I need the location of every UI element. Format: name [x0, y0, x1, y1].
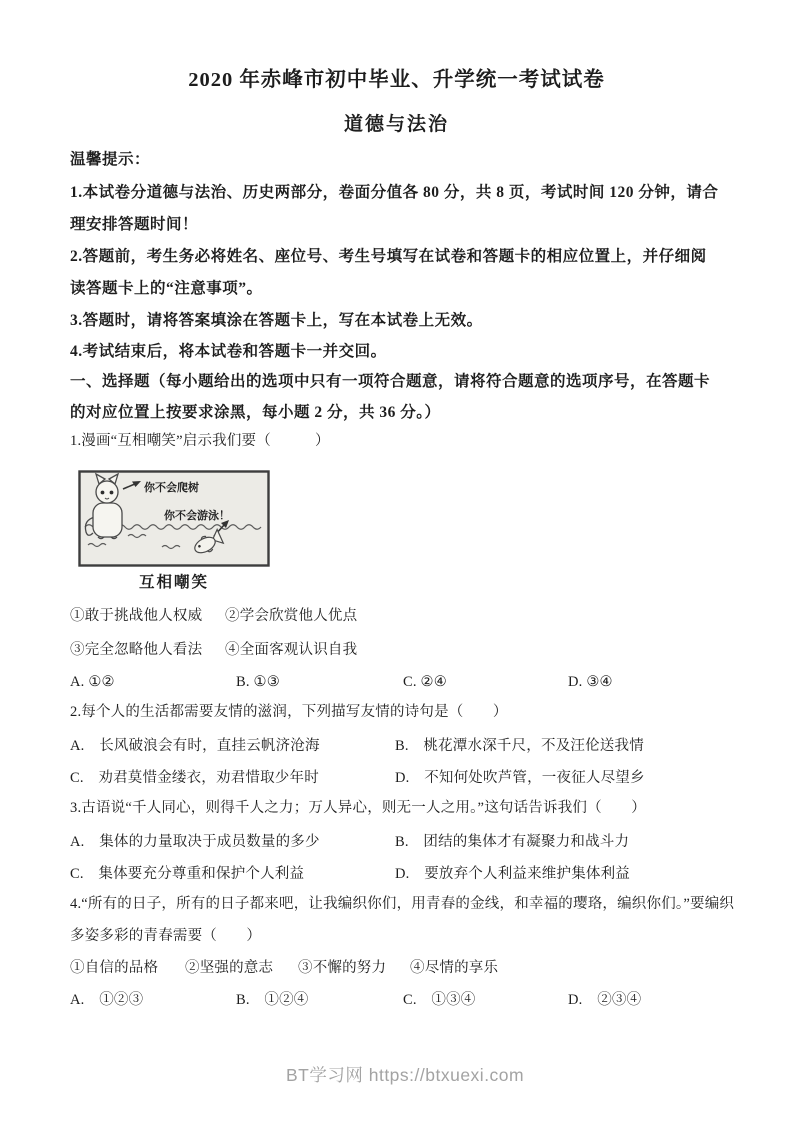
notice-item-2-line-2: 读答题卡上的“注意事项”。 — [70, 278, 263, 299]
cat-speech-text: 你不会爬树 — [144, 480, 199, 494]
question-4-choice-c: C. ①③④ — [403, 990, 476, 1011]
question-3-choice-d: D. 要放弃个人利益来维护集体利益 — [395, 864, 630, 885]
page-subtitle: 道德与法治 — [0, 109, 793, 136]
question-2-choices-row-1: A. 长风破浪会有时，直挂云帆济沧海 B. 桃花潭水深千尺，不及汪伦送我情 — [0, 736, 793, 757]
question-4-option-4: ④尽情的享乐 — [410, 958, 498, 979]
question-4-options-row: ①自信的品格 ②坚强的意志 ③不懈的努力 ④尽情的享乐 — [0, 958, 793, 979]
notice-heading: 温馨提示： — [70, 149, 150, 170]
question-1-cartoon: 你不会爬树 你不会游泳！ — [78, 470, 270, 567]
question-4-stem-line-1: 4.“所有的日子，所有的日子都来吧，让我编织你们，用青春的金线，和幸福的璎珞，编… — [70, 894, 734, 915]
question-1-option-3: ③完全忽略他人看法 — [70, 640, 202, 661]
question-1-option-1: ①敢于挑战他人权威 — [70, 606, 202, 627]
section-heading-line-1: 一、选择题（每小题给出的选项中只有一项符合题意，请将符合题意的选项序号，在答题卡 — [70, 371, 710, 392]
question-3-choices-row-2: C. 集体要充分尊重和保护个人利益 D. 要放弃个人利益来维护集体利益 — [0, 864, 793, 885]
question-3-choice-a: A. 集体的力量取决于成员数量的多少 — [70, 832, 320, 853]
question-4-option-3: ③不懈的努力 — [298, 958, 386, 979]
question-1-choices: A. ①② B. ①③ C. ②④ D. ③④ — [0, 672, 793, 693]
cartoon-caption: 互相嘲笑 — [78, 570, 270, 592]
question-1-choice-d: D. ③④ — [568, 672, 613, 693]
question-1-option-2: ②学会欣赏他人优点 — [225, 606, 357, 627]
question-1-options-row-2: ③完全忽略他人看法 ④全面客观认识自我 — [0, 640, 793, 661]
question-4-option-1: ①自信的品格 — [70, 958, 158, 979]
question-1-choice-c: C. ②④ — [403, 672, 447, 693]
question-4-stem-line-2: 多姿多彩的青春需要（ ） — [70, 926, 261, 947]
question-3-choice-c: C. 集体要充分尊重和保护个人利益 — [70, 864, 304, 885]
page-title: 2020 年赤峰市初中毕业、升学统一考试试卷 — [0, 62, 793, 92]
question-2-stem: 2.每个人的生活都需要友情的滋润，下列描写友情的诗句是（ ） — [70, 702, 508, 723]
question-2-choices-row-2: C. 劝君莫惜金缕衣，劝君惜取少年时 D. 不知何处吹芦管，一夜征人尽望乡 — [0, 768, 793, 789]
question-1-choice-a: A. ①② — [70, 672, 115, 693]
question-2-choice-a: A. 长风破浪会有时，直挂云帆济沧海 — [70, 736, 320, 757]
question-2-choice-c: C. 劝君莫惜金缕衣，劝君惜取少年时 — [70, 768, 319, 789]
question-1-choice-b: B. ①③ — [236, 672, 280, 693]
question-1-options-row-1: ①敢于挑战他人权威 ②学会欣赏他人优点 — [0, 606, 793, 627]
question-1-stem: 1.漫画“互相嘲笑”启示我们要（ ） — [70, 431, 330, 452]
notice-item-1-line-2: 理安排答题时间！ — [70, 214, 198, 235]
question-4-choices: A. ①②③ B. ①②④ C. ①③④ D. ②③④ — [0, 990, 793, 1011]
notice-item-4: 4.考试结束后，将本试卷和答题卡一并交回。 — [70, 341, 387, 362]
question-4-choice-d: D. ②③④ — [568, 990, 641, 1011]
question-4-option-2: ②坚强的意志 — [185, 958, 273, 979]
notice-item-1-line-1: 1.本试卷分道德与法治、历史两部分，卷面分值各 80 分，共 8 页，考试时间 … — [70, 182, 718, 203]
question-2-choice-d: D. 不知何处吹芦管，一夜征人尽望乡 — [395, 768, 645, 789]
question-1-option-4: ④全面客观认识自我 — [225, 640, 357, 661]
question-3-choices-row-1: A. 集体的力量取决于成员数量的多少 B. 团结的集体才有凝聚力和战斗力 — [0, 832, 793, 853]
exam-paper-page: 2020 年赤峰市初中毕业、升学统一考试试卷 道德与法治 温馨提示： 1.本试卷… — [0, 0, 793, 1122]
notice-item-3: 3.答题时，请将答案填涂在答题卡上，写在本试卷上无效。 — [70, 310, 483, 331]
fish-speech-text: 你不会游泳！ — [164, 508, 230, 522]
notice-item-2-line-1: 2.答题前，考生务必将姓名、座位号、考生号填写在试卷和答题卡的相应位置上，并仔细… — [70, 246, 707, 267]
question-3-stem: 3.古语说“千人同心，则得千人之力；万人异心，则无一人之用。”这句话告诉我们（ … — [70, 798, 646, 819]
question-2-choice-b: B. 桃花潭水深千尺，不及汪伦送我情 — [395, 736, 644, 757]
question-4-choice-b: B. ①②④ — [236, 990, 309, 1011]
question-4-choice-a: A. ①②③ — [70, 990, 143, 1011]
section-heading-line-2: 的对应位置上按要求涂黑，每小题 2 分，共 36 分。） — [70, 402, 441, 423]
question-3-choice-b: B. 团结的集体才有凝聚力和战斗力 — [395, 832, 629, 853]
site-watermark: BT学习网 https://btxuexi.com — [286, 1062, 524, 1087]
